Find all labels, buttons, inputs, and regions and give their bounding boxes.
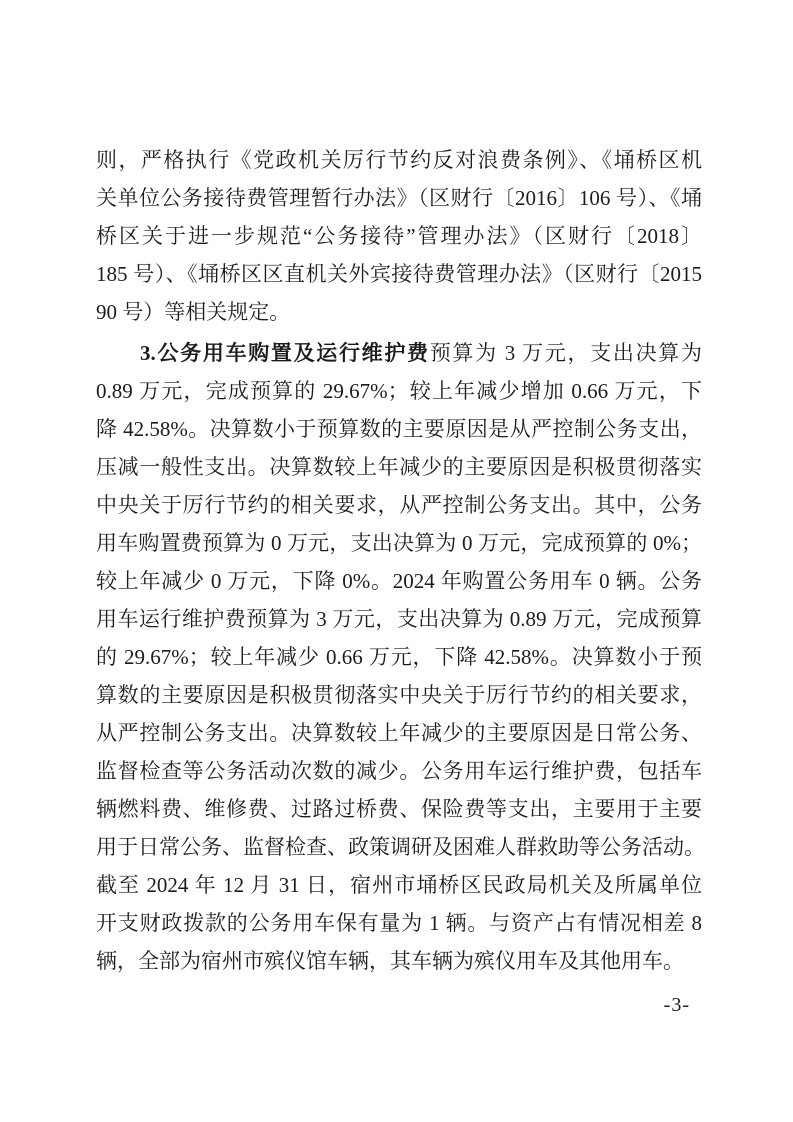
page-number: -3- <box>664 990 690 1020</box>
body-text: 则，严格执行《党政机关厉行节约反对浪费条例》、《埇桥区机 关单位公务接待费管理暂… <box>96 141 702 980</box>
paragraph-vehicle-expenses: 3.公务用车购置及运行维护费预算为 3 万元，支出决算为 0.89 万元，完成预… <box>96 334 702 980</box>
document-page: 则，严格执行《党政机关厉行节约反对浪费条例》、《埇桥区机 关单位公务接待费管理暂… <box>0 0 793 1122</box>
text-line: 则，严格执行《党政机关厉行节约反对浪费条例》、《埇桥区机 <box>96 141 702 179</box>
section-heading: 3.公务用车购置及运行维护费 <box>140 341 430 365</box>
text-line: 辆燃料费、维修费、过路过桥费、保险费等支出，主要用于主要 <box>96 790 702 828</box>
text-line: 用于日常公务、监督检查、政策调研及困难人群救助等公务活动。 <box>96 828 702 866</box>
text-line: 90 号）等相关规定。 <box>96 293 702 331</box>
text-line: 开支财政拨款的公务用车保有量为 1 辆。与资产占有情况相差 8 <box>96 904 702 942</box>
text-line: 降 42.58%。决算数小于预算数的主要原因是从严控制公务支出， <box>96 410 702 448</box>
paragraph-regulations: 则，严格执行《党政机关厉行节约反对浪费条例》、《埇桥区机 关单位公务接待费管理暂… <box>96 141 702 331</box>
text-line: 0.89 万元，完成预算的 29.67%；较上年减少增加 0.66 万元，下 <box>96 372 702 410</box>
text-line: 185 号）、《埇桥区区直机关外宾接待费管理办法》（区财行〔2015 <box>96 255 702 293</box>
section-heading-rest: 预算为 3 万元，支出决算为 <box>430 341 702 365</box>
text-line: 用车购置费预算为 0 万元，支出决算为 0 万元，完成预算的 0%； <box>96 524 702 562</box>
text-line: 截至 2024 年 12 月 31 日，宿州市埇桥区民政局机关及所属单位 <box>96 866 702 904</box>
text-line: 辆，全部为宿州市殡仪馆车辆，其车辆为殡仪用车及其他用车。 <box>96 942 702 980</box>
text-line: 压减一般性支出。决算数较上年减少的主要原因是积极贯彻落实 <box>96 448 702 486</box>
text-line: 关单位公务接待费管理暂行办法》（区财行〔2016〕106 号）、《埇 <box>96 179 702 217</box>
text-line: 用车运行维护费预算为 3 万元，支出决算为 0.89 万元，完成预算 <box>96 600 702 638</box>
text-line: 的 29.67%；较上年减少 0.66 万元，下降 42.58%。决算数小于预 <box>96 638 702 676</box>
text-line: 算数的主要原因是积极贯彻落实中央关于厉行节约的相关要求， <box>96 676 702 714</box>
text-line: 监督检查等公务活动次数的减少。公务用车运行维护费，包括车 <box>96 752 702 790</box>
text-line: 3.公务用车购置及运行维护费预算为 3 万元，支出决算为 <box>96 334 702 372</box>
text-line: 从严控制公务支出。决算数较上年减少的主要原因是日常公务、 <box>96 714 702 752</box>
text-line: 桥区关于进一步规范“公务接待”管理办法》（区财行〔2018〕 <box>96 217 702 255</box>
text-line: 中央关于厉行节约的相关要求，从严控制公务支出。其中，公务 <box>96 486 702 524</box>
text-line: 较上年减少 0 万元，下降 0%。2024 年购置公务用车 0 辆。公务 <box>96 562 702 600</box>
